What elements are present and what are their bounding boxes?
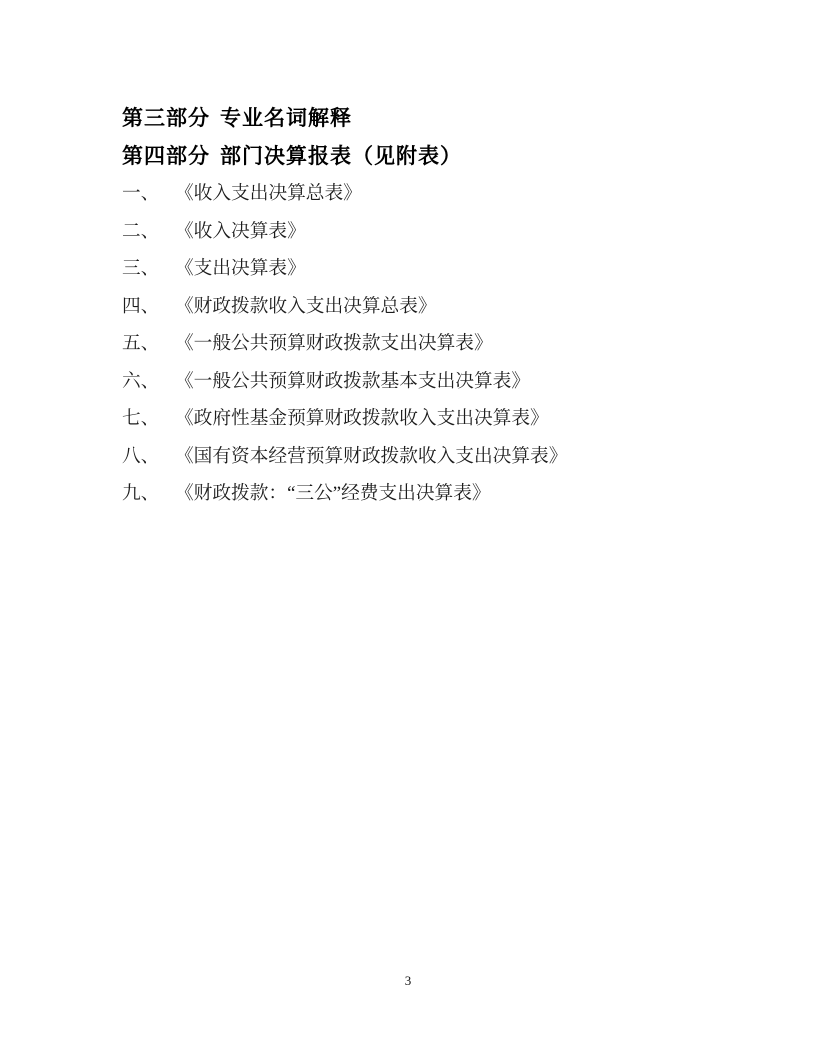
list-item: 九、《财政拨款：“三公”经费支出决算表》 [122, 475, 766, 513]
document-page: 第三部分专业名词解释 第四部分部门决算报表（见附表） 一、《收入支出决算总表》 … [0, 0, 816, 1056]
document-content: 第三部分专业名词解释 第四部分部门决算报表（见附表） 一、《收入支出决算总表》 … [122, 100, 766, 513]
section-label: 第三部分 [122, 106, 210, 130]
list-item-number: 七、 [122, 400, 175, 438]
list-item-number: 一、 [122, 175, 175, 213]
list-item-title: 《一般公共预算财政拨款基本支出决算表》 [175, 371, 530, 392]
list-item-number: 四、 [122, 288, 175, 326]
list-item-title: 《一般公共预算财政拨款支出决算表》 [175, 333, 493, 354]
list-item-title: 《收入决算表》 [175, 221, 306, 242]
list-item-title: 《支出决算表》 [175, 258, 306, 279]
list-item-number: 三、 [122, 250, 175, 288]
list-item-number: 八、 [122, 438, 175, 476]
list-item: 八、《国有资本经营预算财政拨款收入支出决算表》 [122, 438, 766, 476]
list-item-title: 《财政拨款：“三公”经费支出决算表》 [175, 483, 491, 504]
list-item-title: 《财政拨款收入支出决算总表》 [175, 296, 437, 317]
list-item-number: 六、 [122, 363, 175, 401]
section-label: 第四部分 [122, 144, 210, 168]
list-item: 六、《一般公共预算财政拨款基本支出决算表》 [122, 363, 766, 401]
page-number: 3 [0, 973, 816, 989]
list-item-number: 九、 [122, 475, 175, 513]
section-heading-part3: 第三部分专业名词解释 [122, 100, 766, 138]
list-item: 二、《收入决算表》 [122, 213, 766, 251]
list-item: 一、《收入支出决算总表》 [122, 175, 766, 213]
list-item-title: 《国有资本经营预算财政拨款收入支出决算表》 [175, 446, 567, 467]
list-item: 五、《一般公共预算财政拨款支出决算表》 [122, 325, 766, 363]
report-table-list: 一、《收入支出决算总表》 二、《收入决算表》 三、《支出决算表》 四、《财政拨款… [122, 175, 766, 513]
list-item-title: 《收入支出决算总表》 [175, 183, 362, 204]
list-item-number: 二、 [122, 213, 175, 251]
section-heading-title: 部门决算报表（见附表） [220, 144, 462, 168]
list-item: 四、《财政拨款收入支出决算总表》 [122, 288, 766, 326]
list-item: 三、《支出决算表》 [122, 250, 766, 288]
list-item-title: 《政府性基金预算财政拨款收入支出决算表》 [175, 408, 549, 429]
section-heading-part4: 第四部分部门决算报表（见附表） [122, 138, 766, 176]
list-item-number: 五、 [122, 325, 175, 363]
section-heading-title: 专业名词解释 [220, 106, 352, 130]
list-item: 七、《政府性基金预算财政拨款收入支出决算表》 [122, 400, 766, 438]
